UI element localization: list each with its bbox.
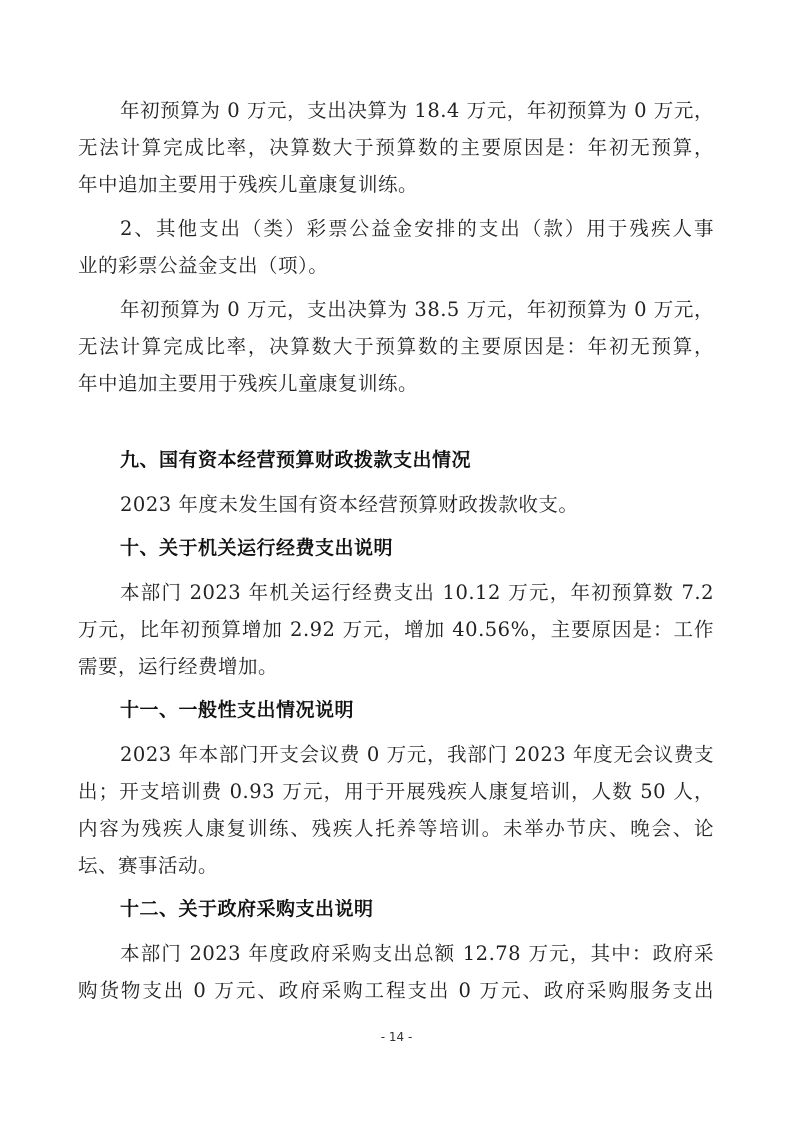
paragraph-line: 2023 年本部门开支会议费 0 万元，我部门 2023 年度无会议费支 (120, 736, 714, 773)
paragraph-line: 出；开支培训费 0.93 万元，用于开展残疾人康复培训，人数 50 人， (78, 773, 714, 810)
section-heading-12: 十二、关于政府采购支出说明 (120, 891, 714, 928)
paragraph-line: 业的彩票公益金支出（项）。 (78, 247, 714, 284)
paragraph-line: 无法计算完成比率，决算数大于预算数的主要原因是：年初无预算， (78, 129, 714, 166)
paragraph-line: 需要，运行经费增加。 (78, 648, 714, 685)
section-heading-10: 十、关于机关运行经费支出说明 (120, 530, 714, 567)
paragraph-line: 年初预算为 0 万元，支出决算为 38.5 万元，年初预算为 0 万元， (120, 291, 714, 328)
section-heading-11: 十一、一般性支出情况说明 (120, 692, 714, 729)
paragraph-line: 万元，比年初预算增加 2.92 万元，增加 40.56%，主要原因是：工作 (78, 611, 714, 648)
paragraph-line: 年初预算为 0 万元，支出决算为 18.4 万元，年初预算为 0 万元， (120, 92, 714, 129)
paragraph-line: 年中追加主要用于残疾儿童康复训练。 (78, 166, 714, 203)
page-number: - 14 - (0, 1030, 793, 1044)
paragraph-line: 2023 年度未发生国有资本经营预算财政拨款收支。 (120, 486, 714, 523)
paragraph-line: 本部门 2023 年度政府采购支出总额 12.78 万元，其中：政府采 (120, 935, 714, 972)
paragraph-line: 年中追加主要用于残疾儿童康复训练。 (78, 365, 714, 402)
paragraph-line: 购货物支出 0 万元、政府采购工程支出 0 万元、政府采购服务支出 (78, 972, 714, 1009)
section-heading-9: 九、国有资本经营预算财政拨款支出情况 (120, 442, 714, 479)
paragraph-line: 2、其他支出（类）彩票公益金安排的支出（款）用于残疾人事 (120, 210, 714, 247)
paragraph-line: 内容为残疾人康复训练、残疾人托养等培训。未举办节庆、晚会、论 (78, 810, 714, 847)
paragraph-line: 本部门 2023 年机关运行经费支出 10.12 万元，年初预算数 7.2 (120, 574, 714, 611)
paragraph-line: 坛、赛事活动。 (78, 847, 714, 884)
paragraph-line: 无法计算完成比率，决算数大于预算数的主要原因是：年初无预算， (78, 328, 714, 365)
